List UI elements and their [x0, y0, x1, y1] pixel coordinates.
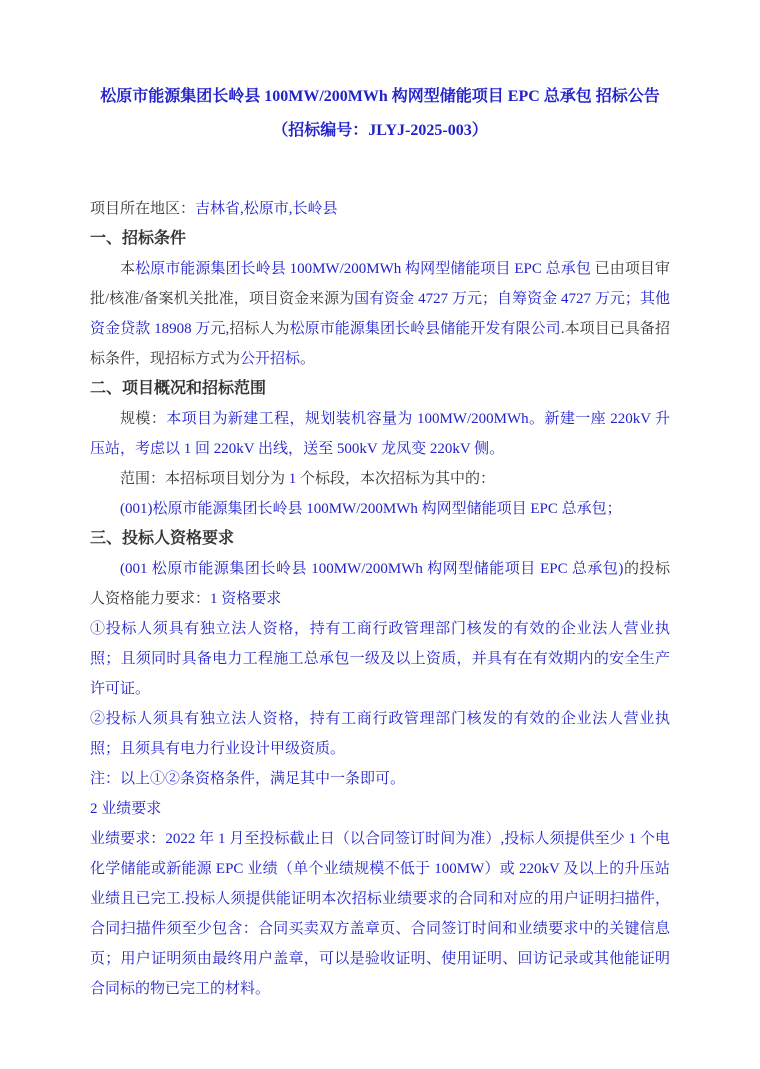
text-run: (001)松原市能源集团长岭县 100MW/200MWh 构网型储能项目 EPC…	[120, 501, 622, 517]
text-run: 个标段，本次招标为其中的：	[296, 471, 495, 487]
text-run: 松原市能源集团长岭县 100MW/200MWh 构网型储能项目 EPC 总承包 …	[100, 88, 660, 105]
text-run: 注：以上①②条资格条件，满足其中一条即可。	[90, 771, 405, 787]
section-3-heading: 三、投标人资格要求	[90, 524, 670, 554]
section-2-heading: 二、项目概况和招标范围	[90, 374, 670, 404]
qualification-note: 注：以上①②条资格条件，满足其中一条即可。	[90, 764, 670, 794]
scale-paragraph: 规模：本项目为新建工程，规划装机容量为 100MW/200MWh。新建一座 22…	[90, 404, 670, 464]
section-1-heading: 一、招标条件	[90, 224, 670, 254]
text-run: 2 业绩要求	[90, 801, 161, 817]
text-run: 二、项目概况和招标范围	[90, 380, 266, 397]
doc-subtitle: （招标编号：JLYJ-2025-003）	[90, 114, 670, 148]
text-run: 规模：	[120, 411, 166, 427]
text-run: 公开招标	[240, 351, 300, 367]
text-run: 松原市能源集团长岭县储能开发有限公司	[290, 321, 561, 337]
text-run: 三、投标人资格要求	[90, 530, 234, 547]
text-run: （招标编号：JLYJ-2025-003）	[272, 122, 487, 139]
text-run: 吉林省,松原市,长岭县	[195, 201, 338, 217]
section-1-paragraph: 本松原市能源集团长岭县 100MW/200MWh 构网型储能项目 EPC 总承包…	[90, 254, 670, 374]
text-run: 1 资格要求	[210, 591, 281, 607]
qualification-intro: (001 松原市能源集团长岭县 100MW/200MWh 构网型储能项目 EPC…	[90, 554, 670, 614]
text-run: 一、招标条件	[90, 230, 186, 247]
project-location-line: 项目所在地区：吉林省,松原市,长岭县	[90, 194, 670, 224]
text-run: 本项目为新建工程，规划装机容量为 100MW/200MWh。新建一座 220kV…	[90, 411, 670, 457]
lot-001-line: (001)松原市能源集团长岭县 100MW/200MWh 构网型储能项目 EPC…	[90, 494, 670, 524]
document-page: 松原市能源集团长岭县 100MW/200MWh 构网型储能项目 EPC 总承包 …	[0, 0, 760, 1069]
text-run: ①投标人须具有独立法人资格，持有工商行政管理部门核发的有效的企业法人营业执照；且…	[90, 621, 670, 697]
text-run: 松原市能源集团长岭县 100MW/200MWh 构网型储能项目 EPC 总承包	[135, 261, 591, 277]
qualification-item-2: ②投标人须具有独立法人资格，持有工商行政管理部门核发的有效的企业法人营业执照；且…	[90, 704, 670, 764]
text-run: ,招标人为	[226, 321, 290, 337]
performance-heading-line: 2 业绩要求	[90, 794, 670, 824]
text-run: 本	[120, 261, 135, 277]
document-body: 松原市能源集团长岭县 100MW/200MWh 构网型储能项目 EPC 总承包 …	[0, 0, 760, 1004]
scope-paragraph: 范围：本招标项目划分为 1 个标段，本次招标为其中的：	[90, 464, 670, 494]
text-run: 业绩要求：2022 年 1 月至投标截止日（以合同签订时间为准）,投标人须提供至…	[90, 831, 670, 997]
qualification-item-1: ①投标人须具有独立法人资格，持有工商行政管理部门核发的有效的企业法人营业执照；且…	[90, 614, 670, 704]
doc-title: 松原市能源集团长岭县 100MW/200MWh 构网型储能项目 EPC 总承包 …	[90, 80, 670, 114]
text-run: ②投标人须具有独立法人资格，持有工商行政管理部门核发的有效的企业法人营业执照；且…	[90, 711, 670, 757]
performance-paragraph: 业绩要求：2022 年 1 月至投标截止日（以合同签订时间为准）,投标人须提供至…	[90, 824, 670, 1004]
text-run: (001 松原市能源集团长岭县 100MW/200MWh 构网型储能项目 EPC…	[120, 561, 623, 577]
text-run: 项目所在地区：	[90, 201, 195, 217]
text-run: 范围：本招标项目划分为	[120, 471, 289, 487]
text-run: 。	[300, 351, 315, 367]
